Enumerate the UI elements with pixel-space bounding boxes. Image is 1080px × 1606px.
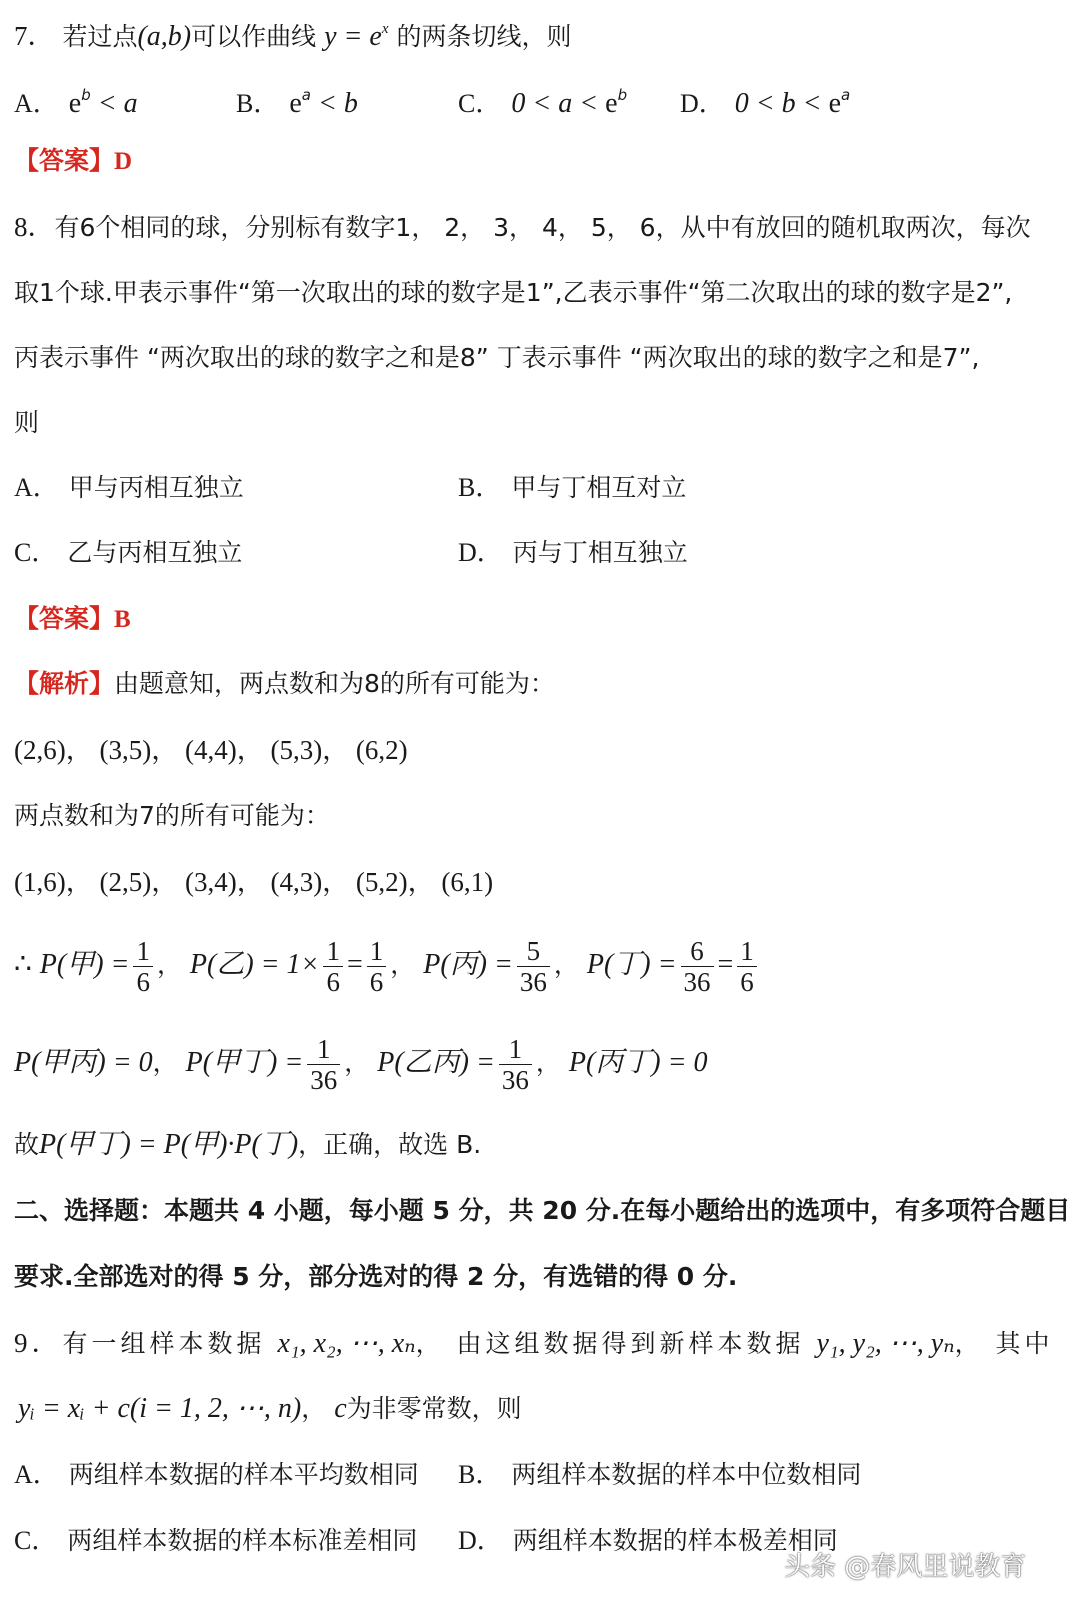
q9-option-b: B．两组样本数据的样本中位数相同 [458,1458,861,1492]
q8-stem-line-1: 8．有6个相同的球，分别标有数字1， 2， 3， 4， 5， 6，从中有放回的随… [14,210,1031,245]
q8-conclusion: 故P(甲丁) = P(甲)·P(丁)，正确，故选 B. [14,1128,481,1162]
q8-stem-line-3: 丙表示事件 “两次取出的球的数字之和是8” 丁表示事件 “两次取出的球的数字之和… [14,341,979,375]
q9-option-d: D．两组样本数据的样本极差相同 [458,1524,838,1558]
answer-value: D [114,148,132,175]
q8-probability-line-2: P(甲丙) = 0， P(甲丁) =136， P(乙丙) =136， P(丙丁)… [14,1028,708,1098]
q8-probability-line-1: ∴ P(甲) =16， P(乙) = 1×16=16， P(丙) =536， P… [14,930,761,1000]
section-2-heading-line-1: 二、选择题：本题共 4 小题，每小题 5 分，共 20 分.在每小题给出的选项中… [14,1194,1070,1228]
q8-option-d: D．丙与丁相互独立 [458,536,688,570]
q7-option-d: D．0 < b < ea [680,78,850,121]
q8-stem-line-2: 取1个球.甲表示事件“第一次取出的球的数字是1”,乙表示事件“第二次取出的球的数… [14,276,1012,310]
q7-answer: 【答案】D [14,144,132,179]
q7-option-b: B．ea < b [236,78,358,121]
q8-option-c: C．乙与丙相互独立 [14,536,242,570]
q7-option-c: C．0 < a < eb [458,78,627,121]
q8-answer: 【答案】B [14,602,131,637]
q8-stem-line-4: 则 [14,406,39,440]
q8-option-b: B．甲与丁相互对立 [458,471,686,505]
q7-number: 7． [14,21,55,51]
analysis-tag: 【解析】 [14,669,114,698]
q8-sum8-pairs: (2,6)， (3,5)， (4,4)， (5,3)， (6,2) [14,733,408,767]
q9-stem-line-1: 9．有一组样本数据 x₁, x₂, ⋯, xₙ， 由这组数据得到新样本数据 y₁… [14,1326,1054,1361]
q8-option-a: A．甲与丙相互独立 [14,471,244,505]
q9-stem-line-2: yᵢ = xᵢ + c(i = 1, 2, ⋯, n)， c为非零常数，则 [18,1392,522,1426]
answer-value: B [114,606,131,633]
q8-sum7-intro: 两点数和为7的所有可能为： [14,799,330,833]
q8-sum7-pairs: (1,6)， (2,5)， (3,4)， (4,3)， (5,2)， (6,1) [14,865,493,899]
q7-option-a: A．eb < a [14,78,138,121]
q9-option-a: A．两组样本数据的样本平均数相同 [14,1458,419,1492]
q9-option-c: C．两组样本数据的样本标准差相同 [14,1524,417,1558]
answer-tag: 【答案】 [14,146,114,175]
q7-point: (a,b) [137,21,191,52]
q7-curve: y = ex [324,21,388,52]
q7-stem: 7． 若过点(a,b)可以作曲线 y = ex 的两条切线，则 [14,12,571,54]
answer-tag: 【答案】 [14,604,114,633]
section-2-heading-line-2: 要求.全部选对的得 5 分，部分选对的得 2 分，有选错的得 0 分. [14,1260,737,1294]
watermark: 头条 @春风里说教育 [784,1546,1026,1583]
q8-analysis-intro: 【解析】由题意知，两点数和为8的所有可能为： [14,667,555,701]
